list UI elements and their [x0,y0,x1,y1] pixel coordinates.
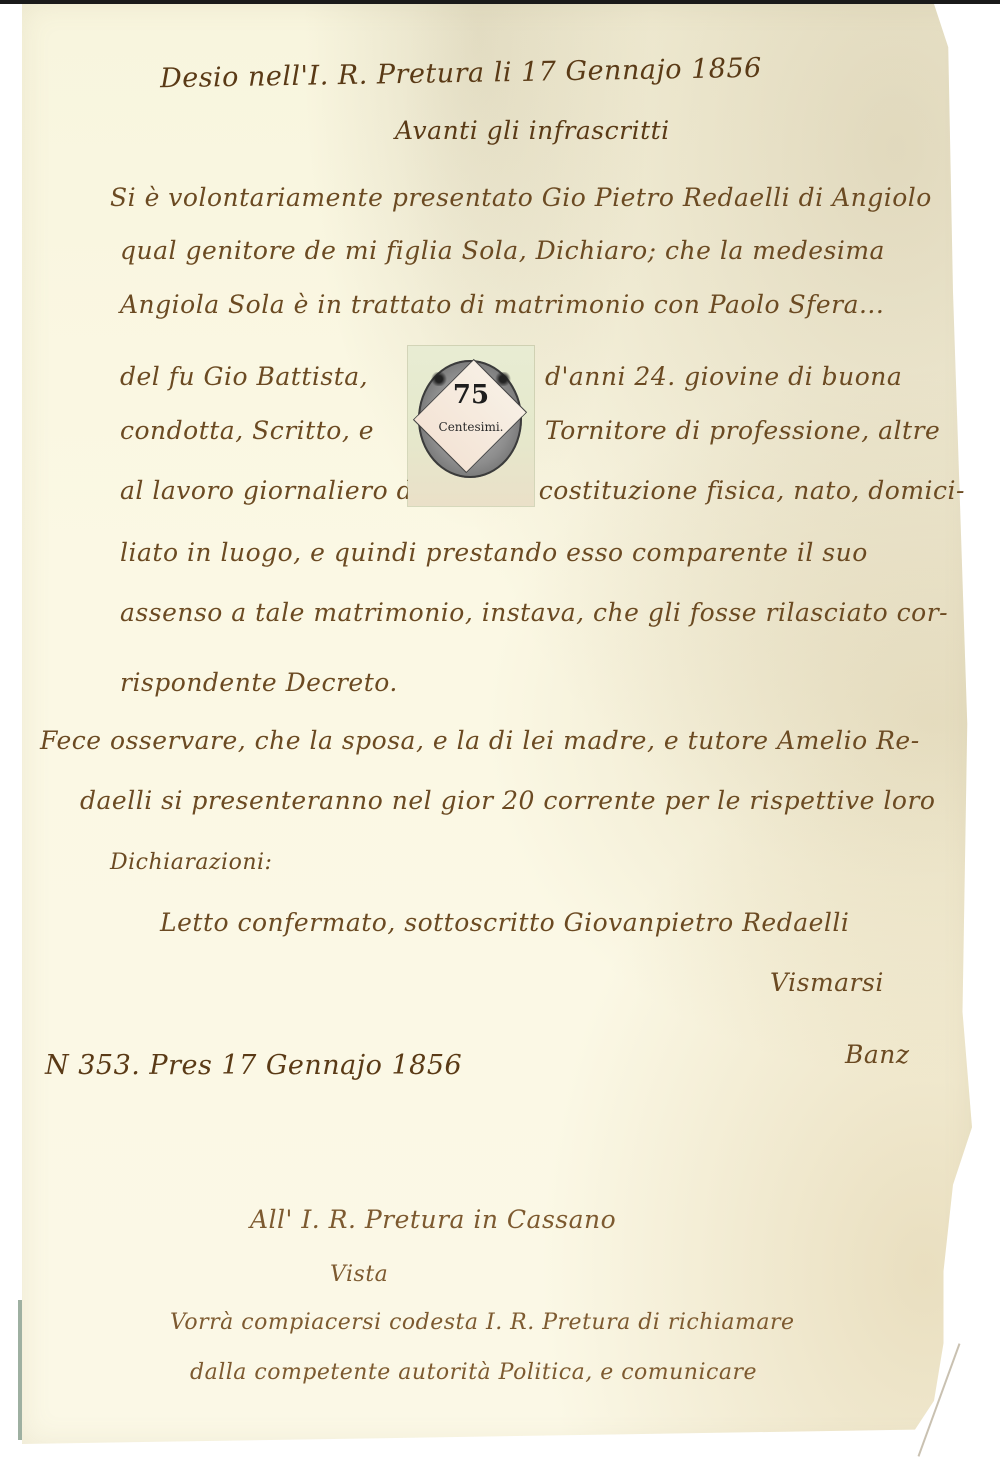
body-line-9: rispondente Decreto. [120,668,398,697]
signature-official: Banz [845,1040,910,1069]
address-recipient: All' I. R. Pretura in Cassano [250,1205,616,1234]
body-line-12: Dichiarazioni: [110,850,272,875]
subheading: Avanti gli infrascritti [395,116,670,145]
body-line-8: assenso a tale matrimonio, instava, che … [120,598,948,627]
body-line-11: daelli si presenteranno nel gior 20 corr… [80,786,935,815]
body-line-4b: d'anni 24. giovine di buona [545,362,902,391]
revenue-stamp: 75 Centesimi. [408,346,534,506]
address-line-1: Vorrà compiacersi codesta I. R. Pretura … [170,1310,795,1335]
registry-line: N 353. Pres 17 Gennajo 1856 [45,1050,462,1081]
address-note: Vista [330,1262,388,1287]
stamp-unit: Centesimi. [408,420,534,434]
body-line-5b: Tornitore di professione, altre [545,416,940,445]
body-line-3: Angiola Sola è in trattato di matrimonio… [120,290,884,319]
scan-top-border [0,0,1000,4]
confirmation-and-signature: Letto confermato, sottoscritto Giovanpie… [160,908,849,937]
body-line-4: del fu Gio Battista, [120,362,368,391]
address-line-2: dalla competente autorità Politica, e co… [190,1360,757,1385]
body-line-7: liato in luogo, e quindi prestando esso … [120,538,868,567]
body-line-6: al lavoro giornaliero di robuste costitu… [120,476,965,505]
body-line-10: Fece osservare, che la sposa, e la di le… [40,726,920,755]
stamp-value: 75 [408,380,534,410]
body-line-5: condotta, Scritto, e [120,416,374,445]
body-line-1: Si è volontariamente presentato Gio Piet… [110,183,932,212]
body-line-2: qual genitore de mi figlia Sola, Dichiar… [120,236,885,265]
signature-witness: Vismarsi [770,968,884,997]
scan-left-edge [18,1300,22,1440]
